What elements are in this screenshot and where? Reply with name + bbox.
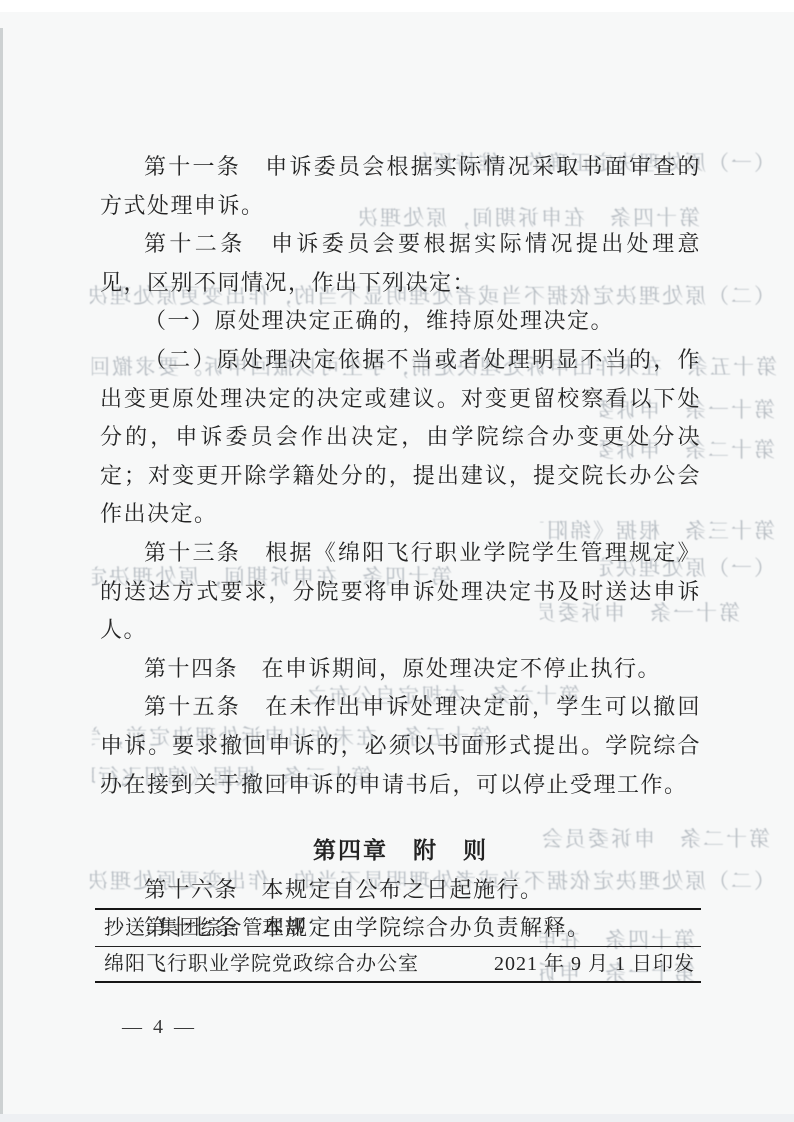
document-footer-block: 抄送: 集团综合管理部 绵阳飞行职业学院党政综合办公室 2021 年 9 月 1… [95, 908, 701, 983]
scanned-document-page: （一）原处理决定正确的，维持原处理决定。 第十四条 在申诉期间，原处理决定不停止… [0, 0, 794, 1122]
page-number: — 4 — [122, 1016, 197, 1039]
article-15-paragraph: 第十五条 在未作出申诉处理决定前，学生可以撤回申诉。要求撤回申诉的，必须以书面形… [100, 688, 701, 804]
article-13-paragraph: 第十三条 根据《绵阳飞行职业学院学生管理规定》的送达方式要求，分院要将申诉处理决… [100, 534, 701, 650]
cc-line: 抄送: 集团综合管理部 [95, 910, 701, 947]
scan-top-margin [0, 0, 794, 12]
issuing-office: 绵阳飞行职业学院党政综合办公室 [104, 947, 419, 981]
issuer-line: 绵阳飞行职业学院党政综合办公室 2021 年 9 月 1 日印发 [95, 947, 701, 981]
article-14-paragraph: 第十四条 在申诉期间，原处理决定不停止执行。 [100, 650, 701, 689]
scan-bottom-edge [0, 1114, 794, 1122]
article-12-paragraph: 第十二条 申诉委员会要根据实际情况提出处理意见，区别不同情况，作出下列决定： [100, 225, 701, 302]
document-body: 第十一条 申诉委员会根据实际情况采取书面审查的方式处理申诉。 第十二条 申诉委员… [100, 148, 701, 948]
article-16-paragraph: 第十六条 本规定自公布之日起施行。 [100, 871, 701, 910]
article-12-item-1: （一）原处理决定正确的，维持原处理决定。 [100, 302, 701, 341]
article-12-item-2: （二）原处理决定依据不当或者处理明显不当的，作出变更原处理决定的决定或建议。对变… [100, 341, 701, 534]
chapter-4-heading: 第四章 附 则 [100, 832, 701, 871]
issue-date: 2021 年 9 月 1 日印发 [494, 947, 695, 981]
article-11-paragraph: 第十一条 申诉委员会根据实际情况采取书面审查的方式处理申诉。 [100, 148, 701, 225]
scan-left-edge [0, 28, 3, 1122]
